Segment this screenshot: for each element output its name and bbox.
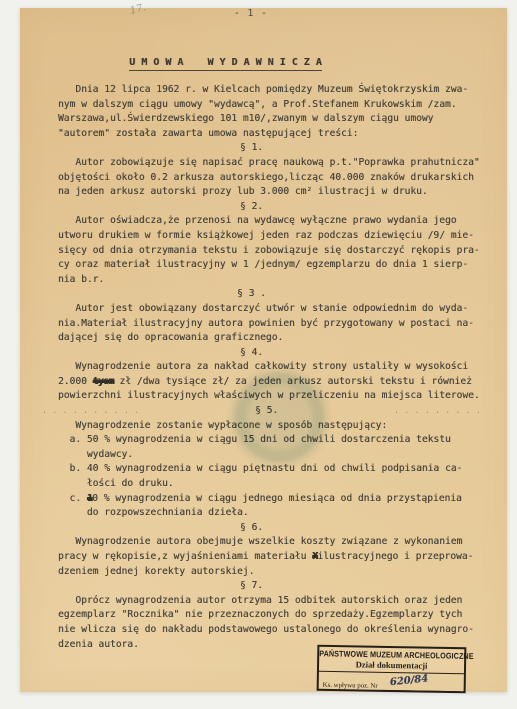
text-line: Oprócz wynagrodzenia autor otrzyma 15 od… (58, 594, 481, 609)
text-line: egzemplarz "Rocznika" nie przeznaczonych… (58, 608, 481, 623)
document-page: - 1 - 17. U M O W A W Y D A W N I C Z A … (20, 8, 507, 692)
text-line: utworu drukiem w formie książkowej jeden… (58, 229, 481, 244)
text-line: łości do druku. (58, 477, 481, 492)
stamp-signature-line: 620/84 (382, 678, 460, 692)
document-content: U M O W A W Y D A W N I C Z A Dnia 12 li… (20, 8, 507, 652)
text-line: nia.Materiał ilustracyjny autora powinie… (58, 317, 481, 332)
text-line: pracy w rękopisie,z wyjaśnieniami materi… (58, 550, 481, 565)
section-heading: § 4. (58, 346, 481, 361)
text-line: Autor zobowiązuje się napisać pracę nauk… (58, 156, 481, 171)
museum-stamp: PAŃSTWOWE MUZEUM ARCHEOLOGICZNE Dział do… (317, 645, 467, 694)
text-line: Wynagrodzenie autora obejmuje wszelkie k… (58, 535, 481, 550)
text-line: nie wlicza się do nakładu podstawowego u… (58, 623, 481, 638)
text-line: dzeniem jednej korekty autorskiej. (58, 565, 481, 580)
text-line: objętości około 0.2 arkusza autorskiego,… (58, 171, 481, 186)
pencil-dots: . . . . . . . . . . (42, 404, 139, 419)
text-line: na jeden arkusz autorski prozy lub 3.000… (58, 185, 481, 200)
text-line: dającej się do opracowania graficznego. (58, 331, 481, 346)
section-heading: § 3 . (58, 287, 481, 302)
text-line: nia b.r. (58, 273, 481, 288)
stamp-institution-name: PAŃSTWOWE MUZEUM ARCHEOLOGICZNE (319, 646, 464, 661)
title-row: U M O W A W Y D A W N I C Z A (58, 50, 481, 71)
scanned-document-screenshot: { "colors": { "background": "#f1f1ed", "… (0, 0, 517, 709)
stamp-entry-label: Ks. wpływu poz. Nr (323, 682, 378, 691)
text-line: nym w dalszym ciągu umowy "wydawcą", a P… (58, 98, 481, 113)
text-line: c. 10 % wynagrodzenia w ciągu jednego mi… (58, 492, 481, 507)
stamp-entry-row: Ks. wpływu poz. Nr 620/84 (319, 671, 464, 697)
text-line: Dnia 12 lipca 1962 r. w Kielcach pomiędz… (58, 83, 481, 98)
section-heading: § 7. (58, 579, 481, 594)
text-line: Autor jest obowiązany dostarczyć utwór w… (58, 302, 481, 317)
text-line: Autor oświadcza,że przenosi na wydawcę w… (58, 214, 481, 229)
page-number: - 1 - (234, 8, 268, 19)
pencil-dots: . . . . . . . . . (394, 404, 481, 419)
text-line: Warszawa,ul.Świerdzewskiego 101 m10/,zwa… (58, 112, 481, 127)
faint-round-ink-stamp (222, 360, 337, 475)
text-line: "autorem" została zawarta umowa następuj… (58, 127, 481, 142)
section-heading: § 6. (58, 521, 481, 536)
stamp-entry-number: 620/84 (389, 673, 428, 688)
section-heading: § 1. (58, 141, 481, 156)
section-heading: § 2. (58, 200, 481, 215)
text-line: sięcy od dnia otrzymania tekstu i zobowi… (58, 244, 481, 259)
document-title: U M O W A W Y D A W N I C Z A (129, 57, 322, 71)
text-line: cy oraz materiał ilustracyjny w 1 /jedny… (58, 258, 481, 273)
text-line: do rozpowszechniania dzieła. (58, 506, 481, 521)
